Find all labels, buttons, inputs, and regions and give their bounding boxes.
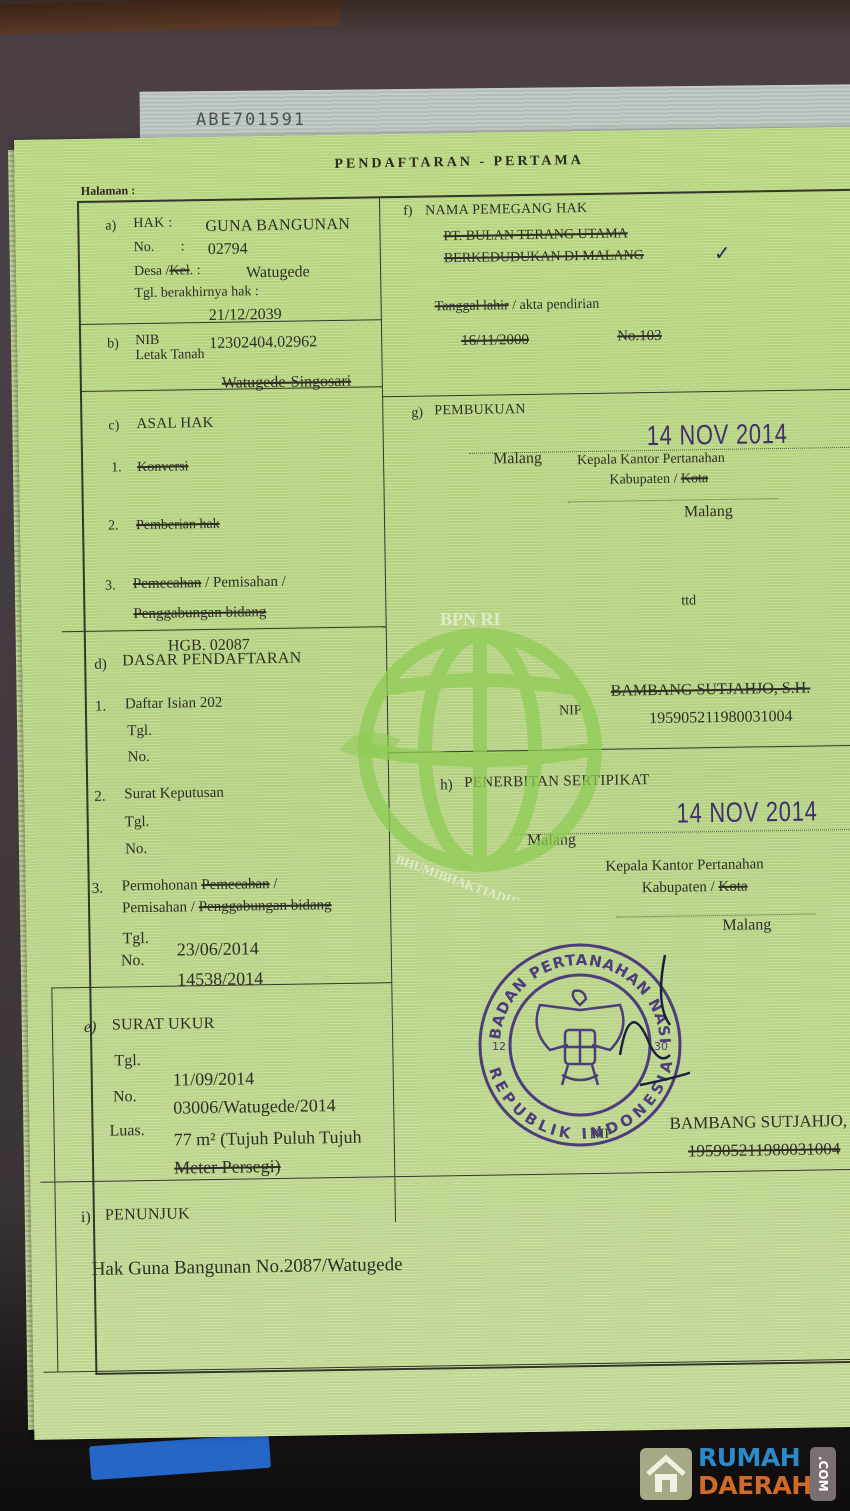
pemisahan-label: Pemisahan / [122, 899, 195, 916]
d-item-1-no: No. [128, 749, 150, 766]
section-h-title: PENERBITAN SERTIPIKAT [464, 772, 650, 792]
rumahdaerah-logo: RUMAH DAERAH .COM [640, 1443, 840, 1505]
official-seal-stamp: BADAN PERTANAHAN NASIONAL REPUBLIK INDON… [470, 935, 690, 1155]
section-e-label: e) [84, 1019, 97, 1037]
e-luas-label: Luas. [109, 1122, 144, 1141]
nib-value: 12302404.02962 [209, 333, 317, 353]
g-nip-label: NIP [559, 703, 582, 719]
logo-line2: DAERAH [698, 1471, 812, 1500]
seal-left-num: 12 [492, 1040, 506, 1053]
section-c-label: c) [108, 418, 119, 434]
desa-value: Watugede [246, 263, 310, 282]
section-a-label: a) [105, 218, 116, 234]
g-city: Malang [493, 450, 542, 469]
ttd-label: ttd [681, 593, 696, 609]
asal-item-3-num: 3. [105, 578, 116, 594]
asal-item-3: Pemecahan / Pemisahan / [133, 574, 286, 593]
kel-struck: Kel [169, 263, 189, 278]
section-g-title: PEMBUKUAN [434, 402, 526, 419]
section-d-label: d) [94, 657, 107, 674]
page-title: PENDAFTARAN - PERTAMA [334, 153, 584, 173]
kota-struck: Kota [681, 471, 708, 486]
d-item-2-num: 2. [94, 789, 106, 806]
h-office-line2: Kabupaten / Kota [642, 879, 748, 898]
g-office-line1: Kepala Kantor Pertanahan [577, 451, 725, 469]
h-city: Malang [527, 831, 576, 850]
g-office-line2: Kabupaten / Kota [609, 471, 708, 489]
d-item-3-tgl-value: 23/06/2014 [177, 938, 259, 960]
logo-suffix: .COM [810, 1447, 836, 1501]
holder-line1: PT. BULAN TERANG UTAMA [443, 226, 627, 245]
daftar-isian-label: Daftar Isian 202 [125, 695, 223, 714]
berakhir-value: 21/12/2039 [209, 306, 282, 325]
hak-label: HAK : [133, 216, 172, 233]
d-item-3-num: 3. [92, 881, 104, 898]
hak-value: GUNA BANGUNAN [205, 216, 350, 236]
penggabungan-struck-d: Penggabungan bidang [199, 897, 332, 915]
no-value: 02794 [208, 240, 248, 259]
permohonan-line1: Permohonan Pemecahan / [122, 876, 278, 895]
e-luas-value-2: Meter Persegi) [174, 1156, 281, 1179]
h-official-name: BAMBANG SUTJAHJO, [669, 1111, 847, 1134]
e-tgl-label: Tgl. [114, 1052, 140, 1070]
no-sep: : [181, 239, 185, 255]
berakhir-label: Tgl. berakhirnya hak : [134, 284, 259, 302]
pemecahan-struck: Pemecahan [133, 575, 202, 592]
letak-label: Letak Tanah [135, 347, 204, 364]
desa-row: Desa /Kel. : [134, 263, 201, 280]
logo-line1: RUMAH [698, 1443, 800, 1472]
section-f-label: f) [403, 204, 413, 220]
background-shelf [0, 0, 340, 34]
certificate-page: PENDAFTARAN - PERTAMA Halaman : a) HAK :… [14, 126, 850, 1439]
e-tgl-value: 11/09/2014 [173, 1068, 255, 1090]
nib-label: NIB [135, 333, 159, 349]
penggabungan-struck: Penggabungan bidang [133, 604, 266, 623]
d-item-3-tgl: Tgl. [122, 930, 148, 948]
section-i-title: PENUNJUK [105, 1205, 190, 1224]
d-item-3-no: No. [121, 952, 145, 970]
permohonan-line2: Pemisahan / Penggabungan bidang [122, 897, 332, 917]
kabupaten-label: Kabupaten / [609, 472, 677, 488]
pembukuan-stamp-date: 14 NOV 2014 [646, 418, 787, 452]
house-icon [640, 1448, 692, 1500]
akta-row: Tanggal lahir / akta pendirian [435, 297, 600, 316]
akta-label: / akta pendirian [509, 297, 600, 313]
serial-number: ABE701591 [196, 110, 306, 130]
letak-value: Watugede-Singosari [222, 373, 352, 393]
section-h-label: h) [440, 777, 453, 794]
section-c-title: ASAL HAK [136, 415, 214, 433]
g-nip-value: 195905211980031004 [649, 708, 793, 728]
e-no-label: No. [113, 1088, 137, 1106]
akta-no: No.103 [617, 328, 662, 346]
d-item-2-no: No. [125, 841, 147, 858]
penerbitan-stamp-date: 14 NOV 2014 [676, 795, 817, 829]
h-office-city: Malang [722, 916, 771, 935]
surat-keputusan-label: Surat Keputusan [124, 785, 224, 804]
e-luas-value: 77 m² (Tujuh Puluh Tujuh [174, 1127, 362, 1151]
e-no-value: 03006/Watugede/2014 [173, 1095, 336, 1119]
garuda-emblem-icon [537, 991, 624, 1085]
pemisahan-text: / Pemisahan / [201, 574, 286, 591]
seal-top-text: BADAN PERTANAHAN NASIONAL [470, 935, 674, 1045]
kabupaten-label-h: Kabupaten / [642, 879, 715, 896]
section-f-title: NAMA PEMEGANG HAK [425, 201, 587, 220]
d-item-2-tgl: Tgl. [125, 814, 150, 831]
desa-sep: . : [190, 263, 201, 278]
asal-item-1: Konversi [137, 459, 189, 476]
halaman-label: Halaman : [81, 183, 136, 199]
pemecahan-struck-d: Pemecahan [201, 876, 270, 893]
permohonan-label: Permohonan [122, 877, 198, 894]
kota-struck-h: Kota [718, 879, 747, 895]
h-office-line1: Kepala Kantor Pertanahan [605, 856, 764, 875]
left-frame-lower [51, 988, 58, 1372]
d-item-1-num: 1. [95, 699, 107, 716]
g-official-name: BAMBANG SUTJAHJO, S.H. [611, 680, 811, 701]
section-g-label: g) [411, 406, 423, 422]
g-office-city: Malang [684, 503, 733, 522]
section-b-label: b) [107, 336, 119, 352]
d-item-1-tgl: Tgl. [127, 723, 152, 740]
check-mark-icon: ✓ [714, 241, 731, 266]
holder-line2: BERKEDUDUKAN DI MALANG [444, 248, 644, 267]
tanggal-lahir-struck: Tanggal lahir [435, 298, 509, 314]
d-item-3-no-value: 14538/2014 [177, 968, 263, 990]
permohonan-slash: / [269, 876, 277, 892]
section-e-title: SURAT UKUR [112, 1015, 215, 1035]
asal-item-2-num: 2. [108, 518, 119, 534]
desa-label: Desa / [134, 264, 170, 280]
seal-right-num: 30 [654, 1040, 668, 1053]
h-nip-value: 195905211980031004 [688, 1139, 841, 1161]
section-i-label: i) [81, 1209, 91, 1227]
asal-item-1-num: 1. [111, 460, 122, 476]
no-label: No. [134, 240, 155, 256]
asal-item-2: Pemberian hak [136, 517, 220, 534]
blue-folder-tab [89, 1434, 271, 1480]
section-d-title: DASAR PENDAFTARAN [122, 650, 302, 671]
akta-date: 16/11/2000 [461, 332, 529, 350]
svg-text:BADAN PERTANAHAN NASIONAL: BADAN PERTANAHAN NASIONAL [470, 935, 674, 1045]
